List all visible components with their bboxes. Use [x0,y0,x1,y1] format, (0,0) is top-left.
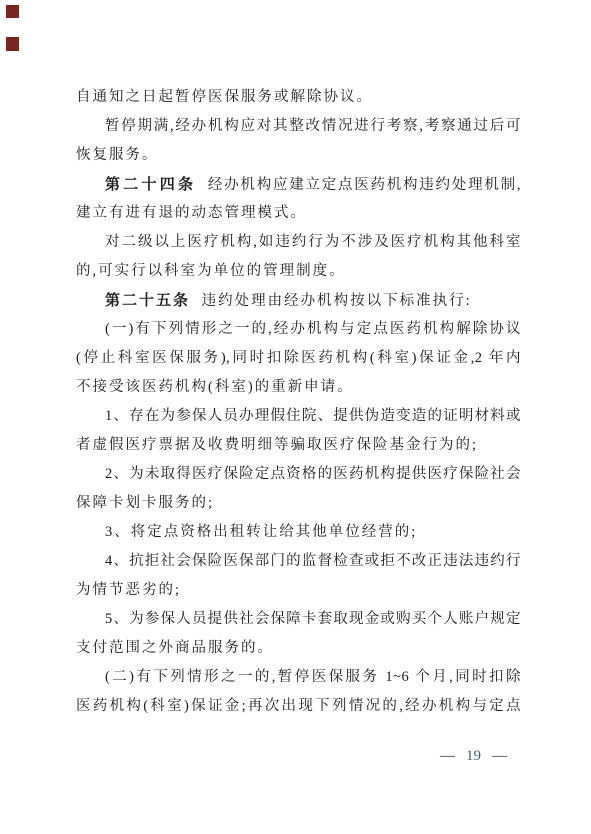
text-line: 暂停期满,经办机构应对其整改情况进行考察,考察通过后可 [76,112,521,141]
text-line: 4、抗拒社会保险医保部门的监督检查或拒不改正违法违约行 [76,547,521,576]
text-line: 医药机构(科室)保证金;再次出现下列情况的,经办机构与定点 [76,692,521,721]
text-line: 为情节恶劣的; [76,576,521,605]
page-footer: — 19 — [440,748,507,765]
page-number: 19 [466,748,481,765]
text-line: 保障卡划卡服务的; [76,489,521,518]
text-line: (停止科室医保服务),同时扣除医药机构(科室)保证金,2 年内 [76,344,521,373]
text-line: (一)有下列情形之一的,经办机构与定点医药机构解除协议 [76,315,521,344]
footer-dash-left: — [440,748,455,765]
text-line: 5、为参保人员提供社会保障卡套取现金或购买个人账户规定 [76,605,521,634]
article-24-number: 第二十四条 [105,176,196,193]
text-line: 对二级以上医疗机构,如违约行为不涉及医疗机构其他科室 [76,228,521,257]
text-line: 第二十四条经办机构应建立定点医药机构违约处理机制, [76,170,521,199]
text-line: 建立有进有退的动态管理模式。 [76,199,521,228]
body-text: 自通知之日起暂停医保服务或解除协议。 暂停期满,经办机构应对其整改情况进行考察,… [76,83,521,721]
article-24-text: 经办机构应建立定点医药机构违约处理机制, [208,177,521,193]
scan-artifact-mark-bottom [6,37,19,51]
document-page: 自通知之日起暂停医保服务或解除协议。 暂停期满,经办机构应对其整改情况进行考察,… [0,0,591,834]
text-line: 的,可实行以科室为单位的管理制度。 [76,257,521,286]
article-25-text: 违约处理由经办机构按以下标准执行: [202,293,472,309]
text-line: 第二十五条违约处理由经办机构按以下标准执行: [76,286,521,315]
text-line: (二)有下列情形之一的,暂停医保服务 1~6 个月,同时扣除 [76,663,521,692]
text-line: 者虚假医疗票据及收费明细等骗取医疗保险基金行为的; [76,431,521,460]
text-line: 3、将定点资格出租转让给其他单位经营的; [76,518,521,547]
text-line: 2、为未取得医疗保险定点资格的医药机构提供医疗保险社会 [76,460,521,489]
text-line: 支付范围之外商品服务的。 [76,634,521,663]
text-line: 不接受该医药机构(科室)的重新申请。 [76,373,521,402]
article-25-number: 第二十五条 [105,292,190,309]
scan-artifact-mark-top [6,5,19,18]
footer-dash-right: — [492,748,507,765]
text-line: 自通知之日起暂停医保服务或解除协议。 [76,83,521,112]
text-line: 1、存在为参保人员办理假住院、提供伪造变造的证明材料或 [76,402,521,431]
text-line: 恢复服务。 [76,141,521,170]
